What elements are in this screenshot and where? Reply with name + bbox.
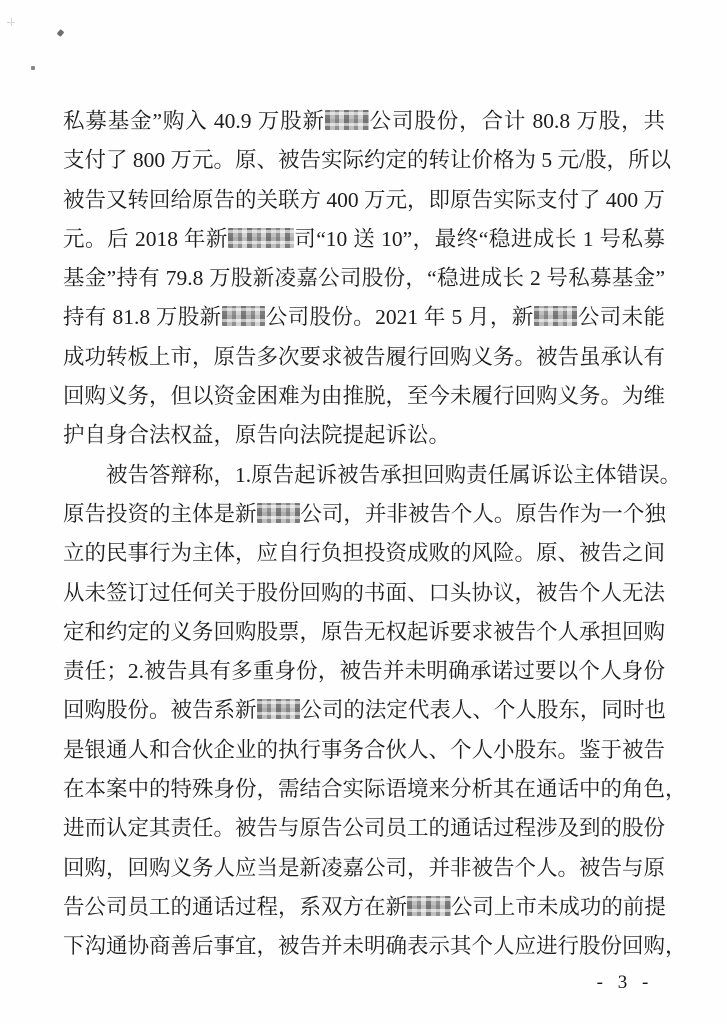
text-line: 原告投资的主体是新公司，并非被告个人。原告作为一个独 bbox=[63, 495, 665, 534]
text-segment: 持有 81.8 万股新 bbox=[63, 305, 222, 329]
redaction-blur bbox=[257, 699, 301, 719]
text-line: 基金”持有 79.8 万股新凌嘉公司股份，“稳进成长 2 号私募基金” bbox=[63, 259, 665, 298]
text-segment: 是银通人和合伙企业的执行事务合伙人、个人小股东。鉴于被告 bbox=[63, 738, 665, 762]
text-segment: 回购，回购义务人应当是新凌嘉公司，并非被告个人。被告与原 bbox=[63, 856, 665, 880]
text-line: 元。后 2018 年新司“10 送 10”，最终“稳进成长 1 号私募 bbox=[63, 220, 665, 259]
text-segment: 原告投资的主体是新 bbox=[63, 502, 257, 526]
text-segment: 元。后 2018 年新 bbox=[63, 227, 228, 251]
text-segment: 护自身合法权益，原告向法院提起诉讼。 bbox=[63, 423, 450, 447]
text-segment: 立的民事行为主体，应自行负担投资成败的风险。原、被告之间 bbox=[63, 541, 665, 565]
text-segment: 公司股份，合计 80.8 万股，共 bbox=[369, 109, 665, 133]
redaction-blur bbox=[534, 306, 578, 326]
text-segment: 司“10 送 10”，最终“稳进成长 1 号私募 bbox=[294, 227, 665, 251]
document-body: 私募基金”购入 40.9 万股新公司股份，合计 80.8 万股，共支付了 800… bbox=[63, 102, 665, 967]
text-line: 回购义务，但以资金困难为由推脱，至今未履行回购义务。为维 bbox=[63, 377, 665, 416]
text-line: 回购，回购义务人应当是新凌嘉公司，并非被告个人。被告与原 bbox=[63, 849, 665, 888]
page-number: - 3 - bbox=[585, 972, 665, 994]
text-segment: 在本案中的特殊身份，需结合实际语境来分析其在通话中的角色， bbox=[63, 777, 687, 801]
scan-speck bbox=[31, 66, 35, 70]
text-segment: 回购义务，但以资金困难为由推脱，至今未履行回购义务。为维 bbox=[63, 384, 665, 408]
text-line: 成功转板上市，原告多次要求被告履行回购义务。被告虽承认有 bbox=[63, 338, 665, 377]
redaction-blur bbox=[228, 228, 294, 248]
text-segment: 回购股份。被告系新 bbox=[63, 698, 257, 722]
redaction-blur bbox=[257, 503, 301, 523]
text-line: 持有 81.8 万股新公司股份。2021 年 5 月，新公司未能 bbox=[63, 298, 665, 337]
text-line: 定和约定的义务回购股票，原告无权起诉要求被告个人承担回购 bbox=[63, 613, 665, 652]
text-segment: 进而认定其责任。被告与原告公司员工的通话过程涉及到的股份 bbox=[63, 816, 665, 840]
text-line: 被告又转回给原告的关联方 400 万元，即原告实际支付了 400 万 bbox=[63, 181, 665, 220]
text-line: 是银通人和合伙企业的执行事务合伙人、个人小股东。鉴于被告 bbox=[63, 731, 665, 770]
text-segment: 被告又转回给原告的关联方 400 万元，即原告实际支付了 400 万 bbox=[63, 188, 665, 212]
text-segment: 公司上市未成功的前提 bbox=[451, 895, 666, 919]
scan-speck bbox=[57, 29, 65, 37]
text-line: 从未签订过任何关于股份回购的书面、口头协议，被告个人无法 bbox=[63, 574, 665, 613]
text-line: 下沟通协商善后事宜，被告并未明确表示其个人应进行股份回购， bbox=[63, 927, 665, 966]
text-line: 支付了 800 万元。原、被告实际约定的转让价格为 5 元/股，所以 bbox=[63, 141, 665, 180]
text-segment: 公司的法定代表人、个人股东，同时也 bbox=[300, 698, 666, 722]
text-segment: 支付了 800 万元。原、被告实际约定的转让价格为 5 元/股，所以 bbox=[63, 148, 671, 172]
text-segment: 公司，并非被告个人。原告作为一个独 bbox=[300, 502, 666, 526]
text-line: 私募基金”购入 40.9 万股新公司股份，合计 80.8 万股，共 bbox=[63, 102, 665, 141]
text-segment: 成功转板上市，原告多次要求被告履行回购义务。被告虽承认有 bbox=[63, 345, 665, 369]
text-line: 告公司员工的通话过程，系双方在新公司上市未成功的前提 bbox=[63, 888, 665, 927]
text-line: 进而认定其责任。被告与原告公司员工的通话过程涉及到的股份 bbox=[63, 809, 665, 848]
text-line: 在本案中的特殊身份，需结合实际语境来分析其在通话中的角色， bbox=[63, 770, 665, 809]
text-segment: 责任；2.被告具有多重身份，被告并未明确承诺过要以个人身份 bbox=[63, 659, 665, 683]
text-line: 护自身合法权益，原告向法院提起诉讼。 bbox=[63, 416, 665, 455]
text-line: 被告答辩称，1.原告起诉被告承担回购责任属诉讼主体错误。 bbox=[63, 456, 665, 495]
text-segment: 基金”持有 79.8 万股新凌嘉公司股份，“稳进成长 2 号私募基金” bbox=[63, 266, 665, 290]
text-segment: 公司股份。2021 年 5 月，新 bbox=[265, 305, 533, 329]
text-segment: 被告答辩称，1.原告起诉被告承担回购责任属诉讼主体错误。 bbox=[63, 463, 681, 487]
document-page: 私募基金”购入 40.9 万股新公司股份，合计 80.8 万股，共支付了 800… bbox=[0, 0, 727, 1024]
scan-speck bbox=[7, 18, 15, 26]
text-line: 责任；2.被告具有多重身份，被告并未明确承诺过要以个人身份 bbox=[63, 652, 665, 691]
text-line: 立的民事行为主体，应自行负担投资成败的风险。原、被告之间 bbox=[63, 534, 665, 573]
redaction-blur bbox=[222, 306, 266, 326]
text-segment: 下沟通协商善后事宜，被告并未明确表示其个人应进行股份回购， bbox=[63, 934, 687, 958]
text-segment: 私募基金”购入 40.9 万股新 bbox=[63, 109, 325, 133]
text-segment: 公司未能 bbox=[577, 305, 665, 329]
redaction-blur bbox=[407, 896, 451, 916]
text-line: 回购股份。被告系新公司的法定代表人、个人股东，同时也 bbox=[63, 691, 665, 730]
redaction-blur bbox=[325, 110, 369, 130]
text-segment: 告公司员工的通话过程，系双方在新 bbox=[63, 895, 407, 919]
text-segment: 从未签订过任何关于股份回购的书面、口头协议，被告个人无法 bbox=[63, 581, 665, 605]
text-segment: 定和约定的义务回购股票，原告无权起诉要求被告个人承担回购 bbox=[63, 620, 665, 644]
